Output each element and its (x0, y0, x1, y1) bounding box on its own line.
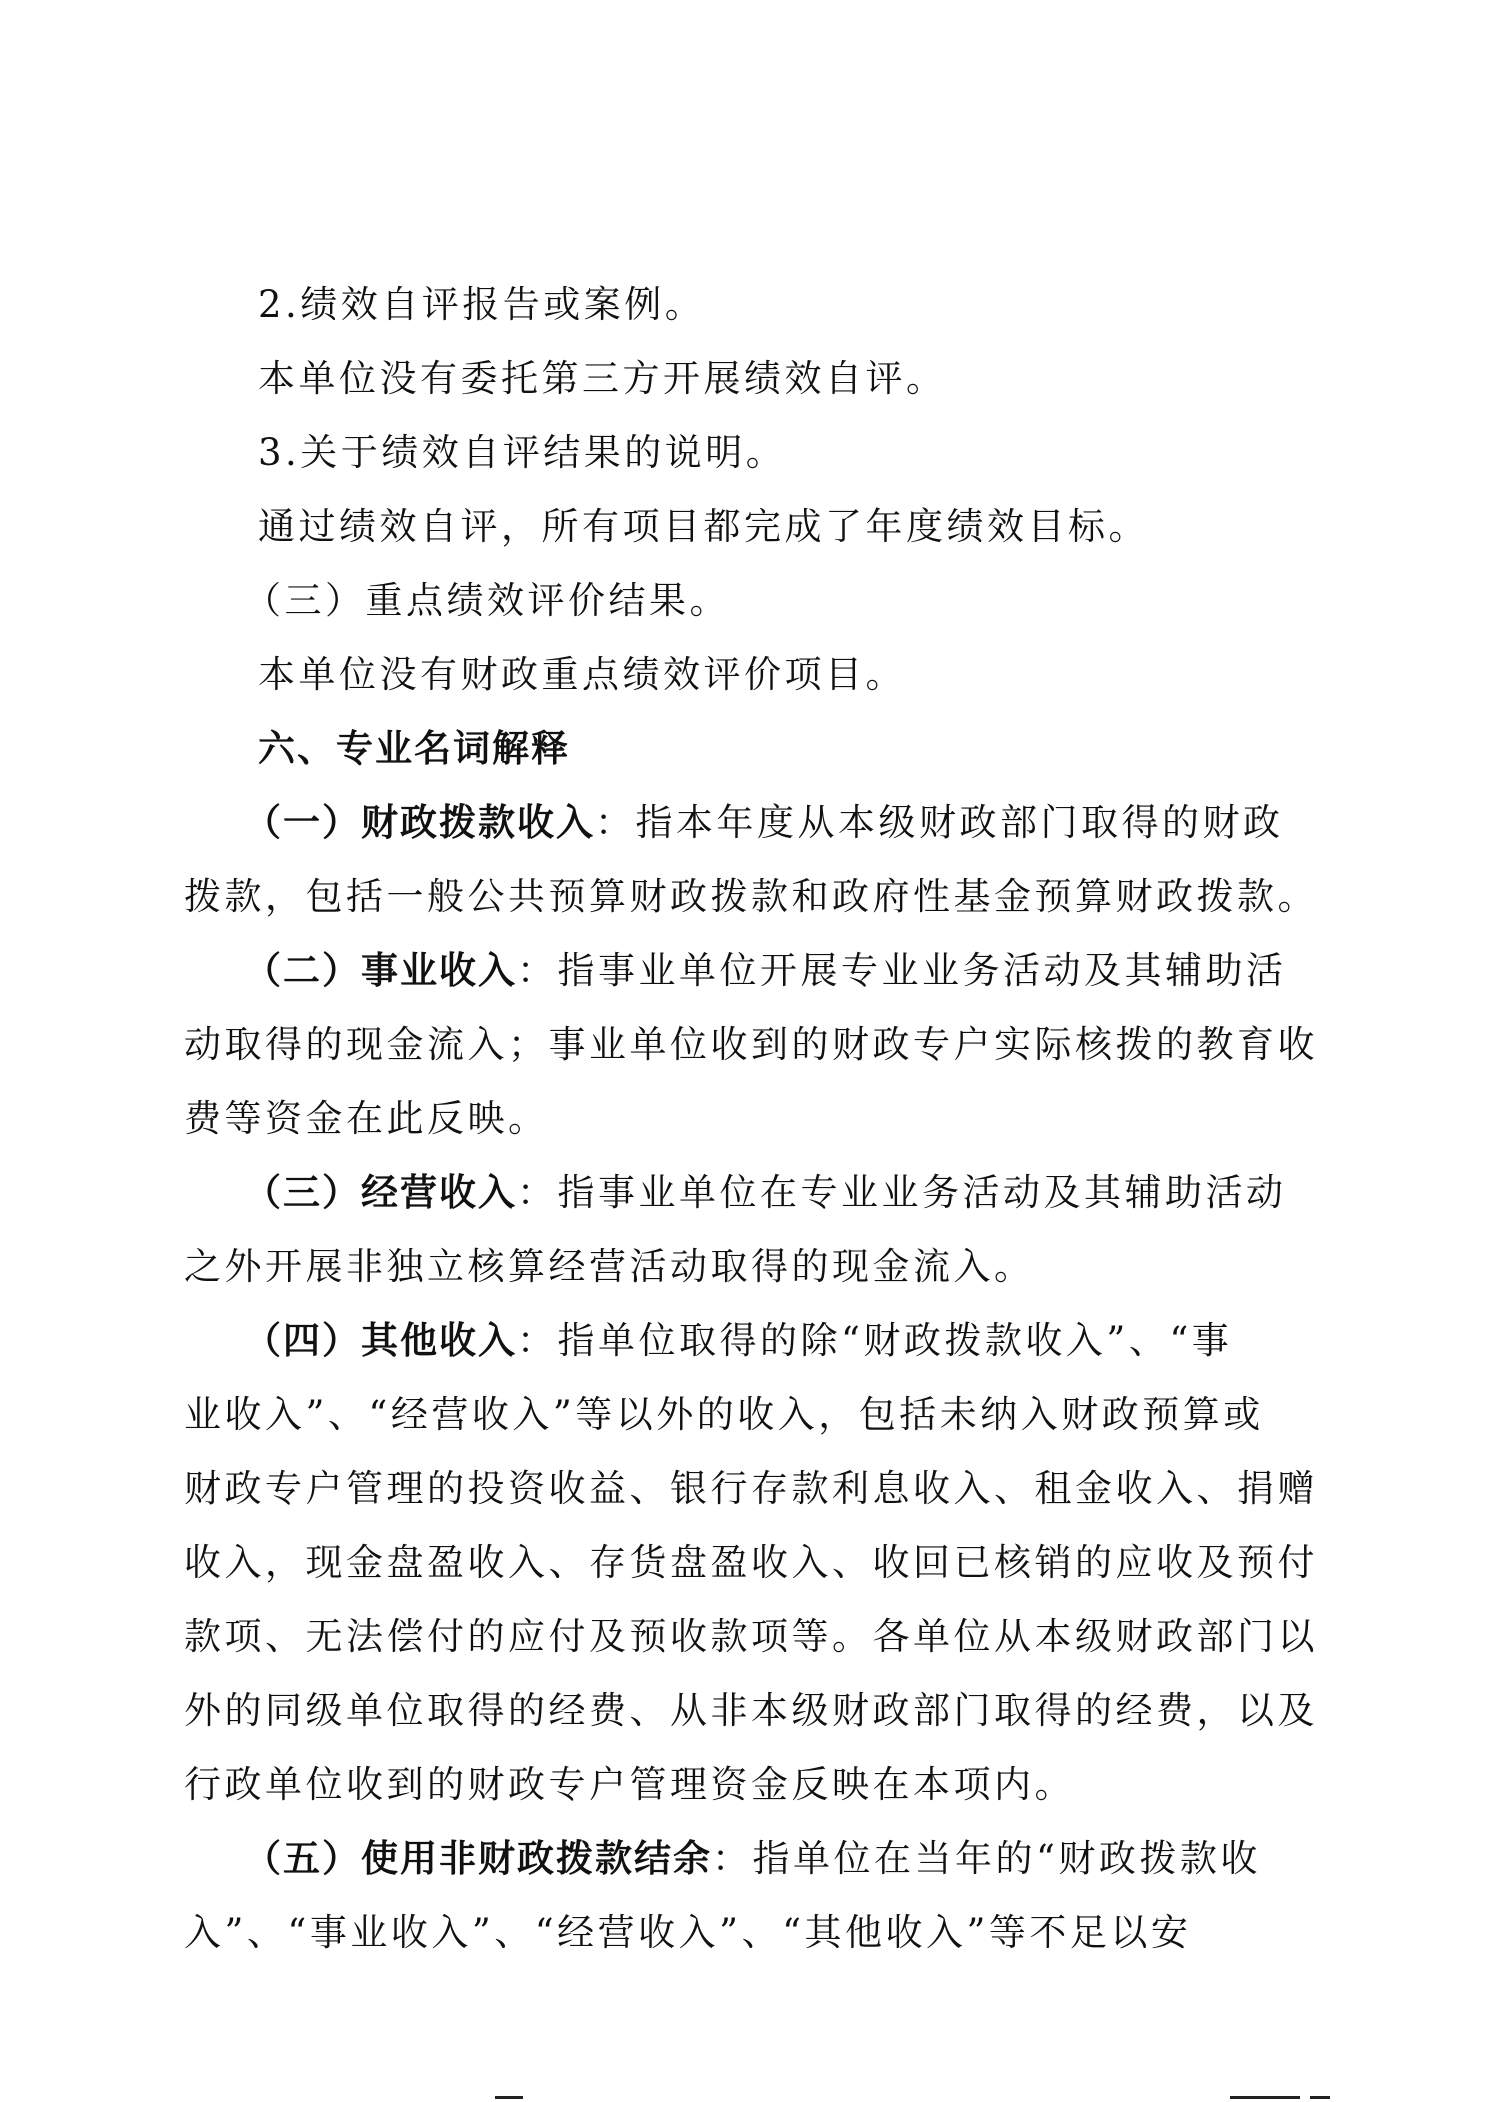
heading-text: 六、专业名词解释 (258, 727, 570, 770)
line-text: 本单位没有委托第三方开展绩效自评。 (258, 357, 947, 400)
term-label: （一）财政拨款收入 (244, 801, 595, 844)
term-label: （二）事业收入 (244, 949, 517, 992)
term-definition-line: （一）财政拨款收入：指本年度从本级财政部门取得的财政 (184, 786, 1314, 860)
paragraph-line: 动取得的现金流入；事业单位收到的财政专户实际核拨的教育收 (184, 1008, 1314, 1082)
subsection-heading: （三）重点绩效评价结果。 (184, 564, 1314, 638)
line-text: ：指本年度从本级财政部门取得的财政 (595, 801, 1284, 844)
paragraph-line: 财政专户管理的投资收益、银行存款利息收入、租金收入、捐赠 (184, 1452, 1314, 1526)
line-text: 款项、无法偿付的应付及预收款项等。各单位从本级财政部门以 (184, 1615, 1318, 1658)
paragraph-line: 费等资金在此反映。 (184, 1082, 1314, 1156)
line-text: 2.绩效自评报告或案例。 (258, 283, 705, 326)
paragraph-line: 本单位没有委托第三方开展绩效自评。 (184, 342, 1314, 416)
term-label: （五）使用非财政拨款结余 (244, 1837, 712, 1880)
line-text: 本单位没有财政重点绩效评价项目。 (258, 653, 906, 696)
document-body: 2.绩效自评报告或案例。 本单位没有委托第三方开展绩效自评。 3.关于绩效自评结… (184, 268, 1314, 1970)
line-text: 拨款，包括一般公共预算财政拨款和政府性基金预算财政拨款。 (184, 875, 1318, 918)
line-text: 财政专户管理的投资收益、银行存款利息收入、租金收入、捐赠 (184, 1467, 1318, 1510)
term-definition-line: （三）经营收入：指事业单位在专业业务活动及其辅助活动 (184, 1156, 1314, 1230)
paragraph-line: 通过绩效自评，所有项目都完成了年度绩效目标。 (184, 490, 1314, 564)
line-text: 3.关于绩效自评结果的说明。 (258, 431, 786, 474)
paragraph-line: 本单位没有财政重点绩效评价项目。 (184, 638, 1314, 712)
line-text: ：指单位在当年的“财政拨款收 (712, 1837, 1261, 1880)
scan-mark (1310, 2096, 1330, 2099)
paragraph-line: 款项、无法偿付的应付及预收款项等。各单位从本级财政部门以 (184, 1600, 1314, 1674)
line-text: 行政单位收到的财政专户管理资金反映在本项内。 (184, 1763, 1075, 1806)
scan-mark (1230, 2096, 1300, 2099)
line-text: 之外开展非独立核算经营活动取得的现金流入。 (184, 1245, 1035, 1288)
paragraph-line: 入”、“事业收入”、“经营收入”、“其他收入”等不足以安 (184, 1896, 1314, 1970)
line-text: 费等资金在此反映。 (184, 1097, 549, 1140)
term-label: （三）经营收入 (244, 1171, 517, 1214)
paragraph-line: 外的同级单位取得的经费、从非本级财政部门取得的经费，以及 (184, 1674, 1314, 1748)
line-text: 通过绩效自评，所有项目都完成了年度绩效目标。 (258, 505, 1149, 548)
line-text: 收入，现金盘盈收入、存货盘盈收入、收回已核销的应收及预付 (184, 1541, 1318, 1584)
line-text: （三）重点绩效评价结果。 (244, 579, 730, 622)
paragraph-line: 拨款，包括一般公共预算财政拨款和政府性基金预算财政拨款。 (184, 860, 1314, 934)
paragraph-line: 收入，现金盘盈收入、存货盘盈收入、收回已核销的应收及预付 (184, 1526, 1314, 1600)
scan-artifacts (480, 2096, 1380, 2102)
line-text: ：指单位取得的除“财政拨款收入”、“事 (517, 1319, 1232, 1362)
term-label: （四）其他收入 (244, 1319, 517, 1362)
section-heading: 六、专业名词解释 (184, 712, 1314, 786)
document-page: 2.绩效自评报告或案例。 本单位没有委托第三方开展绩效自评。 3.关于绩效自评结… (0, 0, 1487, 2102)
line-text: ：指事业单位在专业业务活动及其辅助活动 (517, 1171, 1287, 1214)
scan-mark (495, 2096, 523, 2099)
line-text: 业收入”、“经营收入”等以外的收入，包括未纳入财政预算或 (184, 1393, 1264, 1436)
line-text: 入”、“事业收入”、“经营收入”、“其他收入”等不足以安 (184, 1911, 1191, 1954)
paragraph-line: 业收入”、“经营收入”等以外的收入，包括未纳入财政预算或 (184, 1378, 1314, 1452)
paragraph-line: 行政单位收到的财政专户管理资金反映在本项内。 (184, 1748, 1314, 1822)
paragraph-line: 3.关于绩效自评结果的说明。 (184, 416, 1314, 490)
line-text: ：指事业单位开展专业业务活动及其辅助活 (517, 949, 1287, 992)
line-text: 动取得的现金流入；事业单位收到的财政专户实际核拨的教育收 (184, 1023, 1318, 1066)
term-definition-line: （二）事业收入：指事业单位开展专业业务活动及其辅助活 (184, 934, 1314, 1008)
paragraph-line: 2.绩效自评报告或案例。 (184, 268, 1314, 342)
term-definition-line: （五）使用非财政拨款结余：指单位在当年的“财政拨款收 (184, 1822, 1314, 1896)
line-text: 外的同级单位取得的经费、从非本级财政部门取得的经费，以及 (184, 1689, 1318, 1732)
paragraph-line: 之外开展非独立核算经营活动取得的现金流入。 (184, 1230, 1314, 1304)
term-definition-line: （四）其他收入：指单位取得的除“财政拨款收入”、“事 (184, 1304, 1314, 1378)
